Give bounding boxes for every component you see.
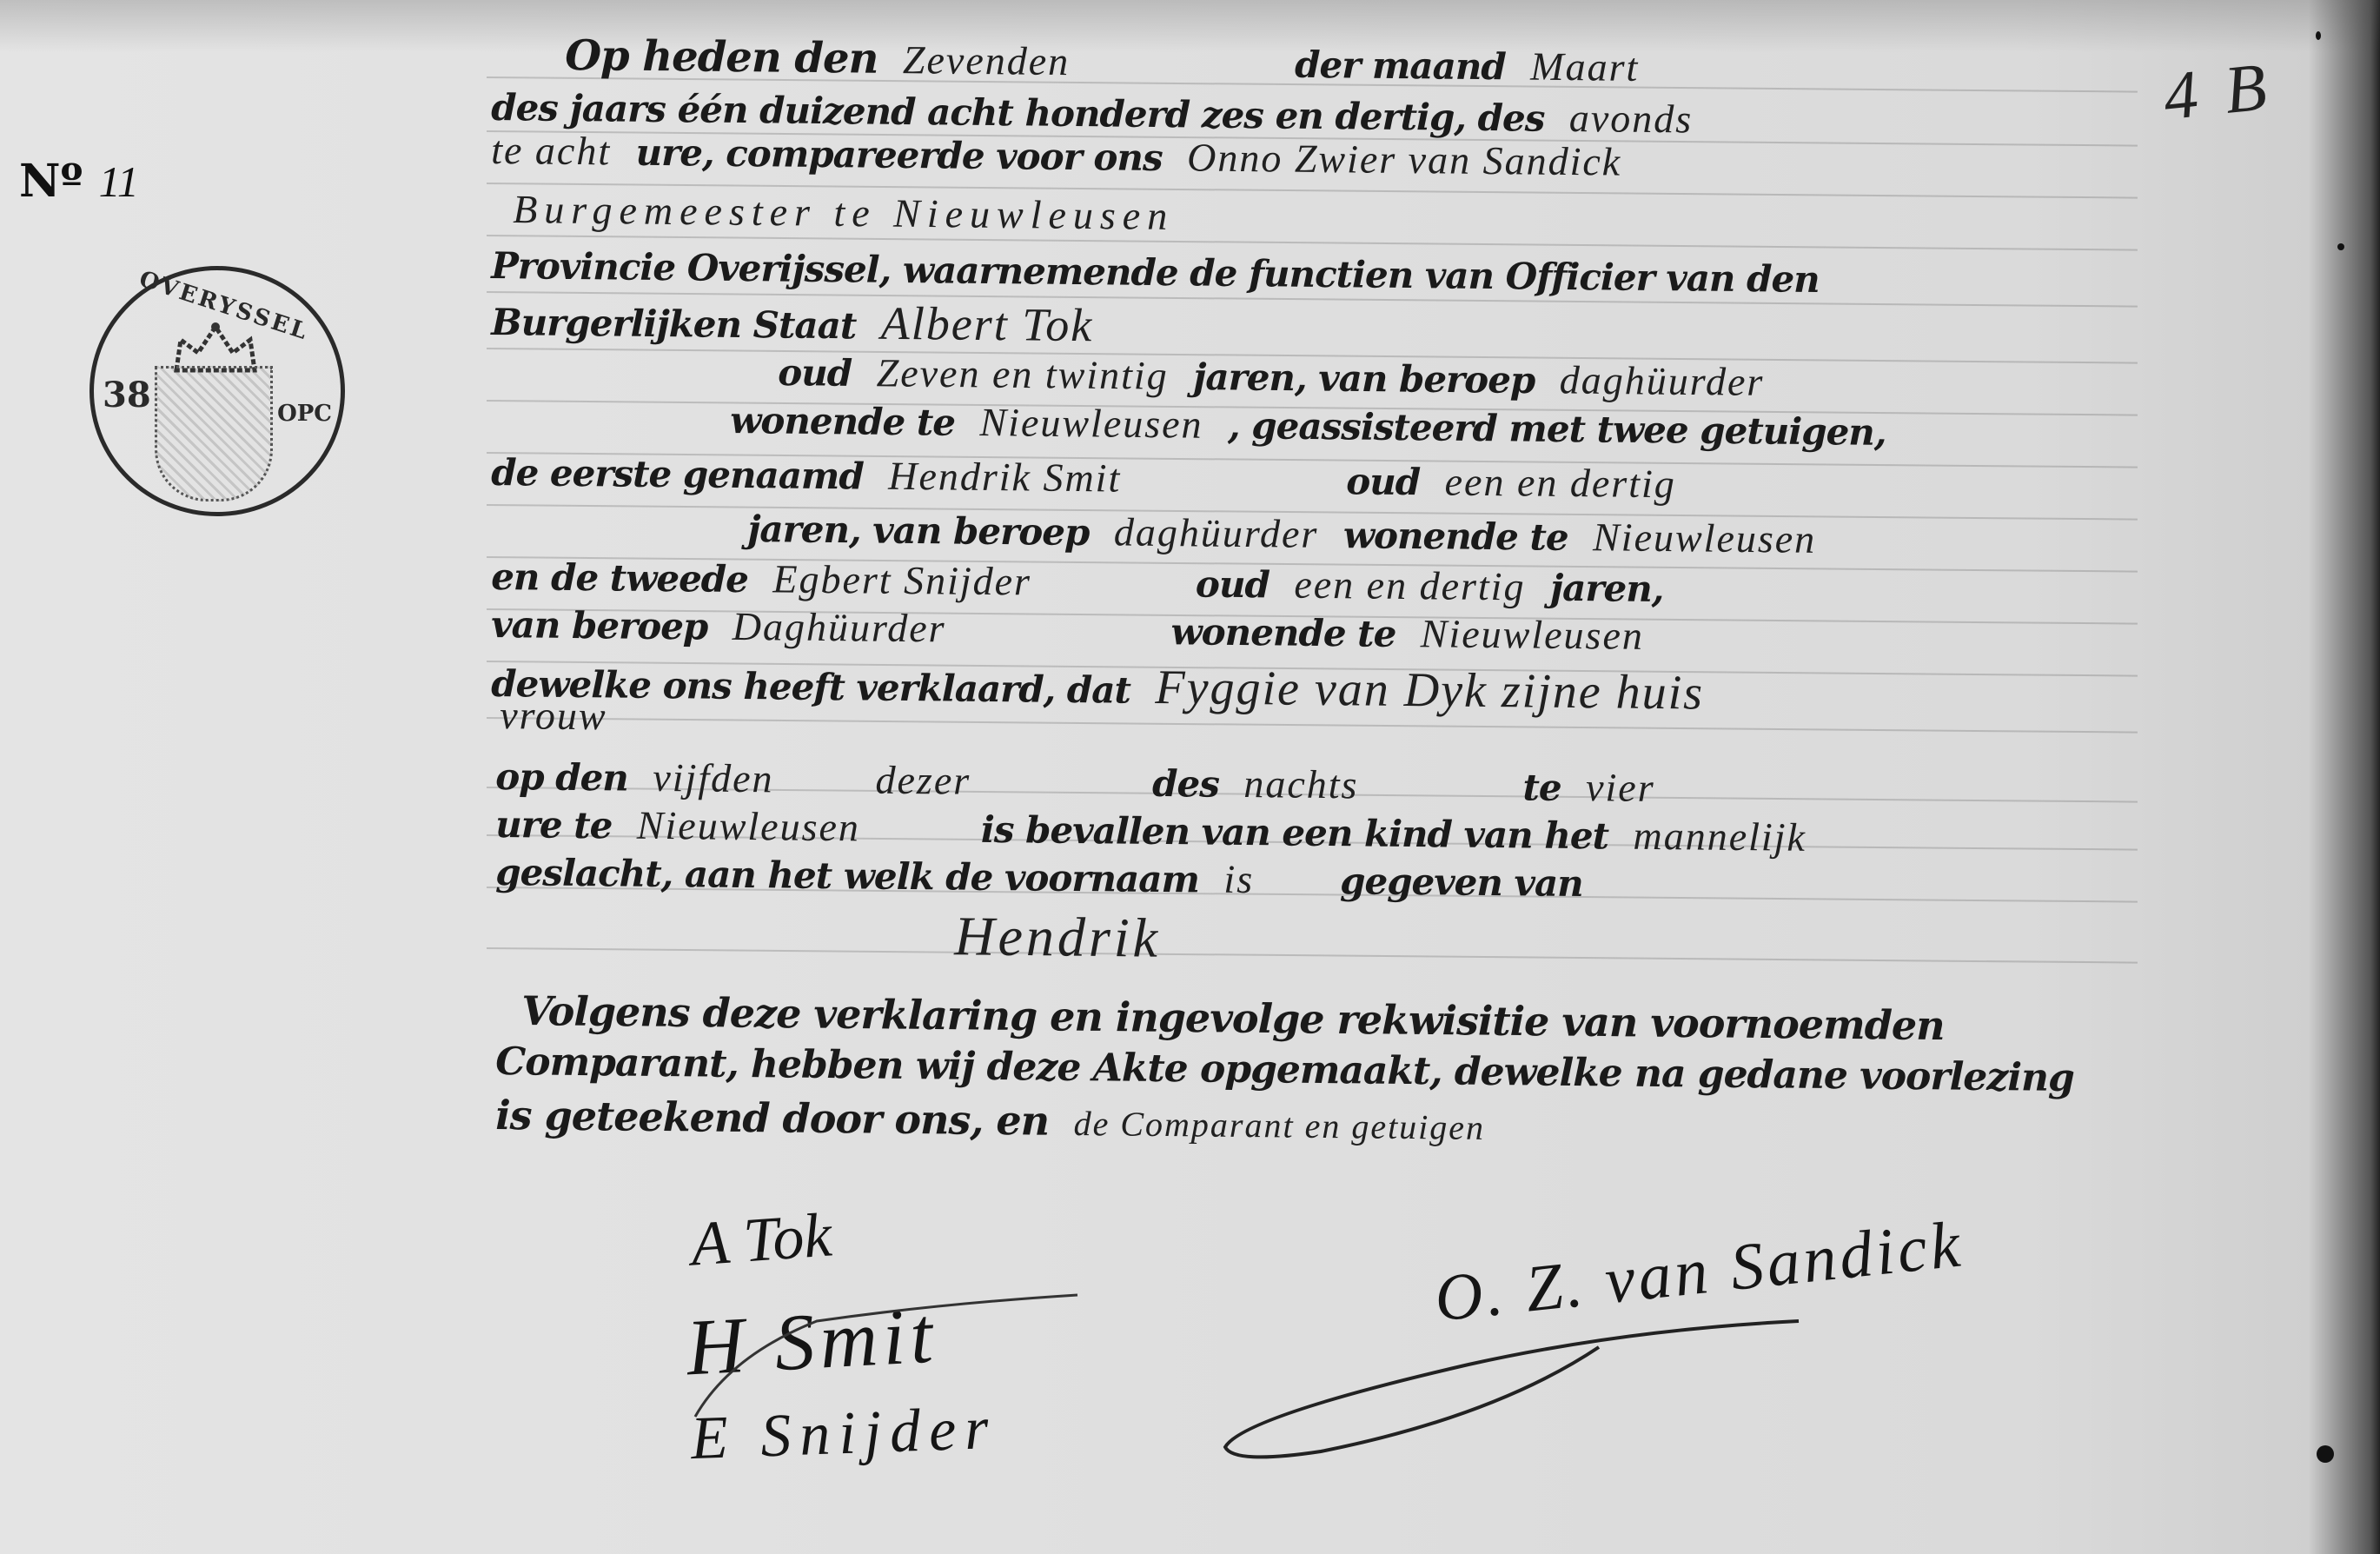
record-line: van beroep Daghüurder wonende te Nieuwle… <box>491 604 1660 656</box>
printed-text: wonende te <box>730 399 955 444</box>
handwritten-time-of-day: avonds <box>1569 96 1694 141</box>
printed-text: Comparant, hebben wij deze Akte opgemaak… <box>495 1039 2074 1100</box>
printed-text: de eerste genaamd <box>491 451 864 497</box>
printed-text: oud <box>778 351 852 395</box>
printed-text: jaren, van beroep <box>1193 355 1535 402</box>
record-line: vrouw <box>491 695 623 737</box>
printed-text: ure te <box>495 803 613 847</box>
record-line: dewelke ons heeft verklaard, dat Fyggie … <box>491 656 1720 718</box>
handwritten-day: Zevenden <box>903 37 1071 83</box>
handwritten-signers-note: de Comparant en getuigen <box>1073 1104 1485 1147</box>
printed-text: wonende te <box>1343 514 1568 559</box>
record-number-label: Nº <box>19 155 83 208</box>
printed-text: gegeven van <box>1340 860 1583 905</box>
printed-text: jaren, van beroep <box>747 508 1090 554</box>
handwritten-birth-time-of-day: nachts <box>1243 761 1359 807</box>
printed-text: der maand <box>1295 43 1506 89</box>
handwritten-mother-relation: vrouw <box>500 693 607 738</box>
handwritten-father-residence: Nieuwleusen <box>979 400 1203 447</box>
record-line: Comparant, hebben wij deze Akte opgemaak… <box>495 1043 2074 1098</box>
handwritten-birth-hour: vier <box>1586 765 1655 810</box>
record-line: is geteekend door ons, en de Comparant e… <box>495 1095 1501 1146</box>
record-line: jaren, van beroep daghüurder wonende te … <box>747 508 1832 560</box>
record-line: Burgerlijken Staat Albert Tok <box>491 296 1110 349</box>
handwritten-witness2-name: Egbert Snijder <box>772 556 1031 603</box>
stamp-number-text: 38 <box>103 375 151 415</box>
record-line: Hendrik <box>938 908 1177 966</box>
handwritten-month: Maart <box>1530 44 1640 90</box>
handwritten-official-name: Onno Zwier van Sandick <box>1187 135 1622 183</box>
printed-text: Volgens deze verklaring en ingevolge rek… <box>521 987 1945 1049</box>
handwritten-mother-name: Fyggie van Dyk zijne huis <box>1155 661 1704 721</box>
ruled-line <box>487 717 2138 734</box>
printed-text: ure, compareerde voor ons <box>635 131 1163 179</box>
printed-text: te <box>1522 766 1561 808</box>
printed-text: Burgerlijken Staat <box>491 301 857 347</box>
handwritten-official-title: Burgemeester te Nieuwleusen <box>513 187 1175 238</box>
ink-speck <box>2337 243 2344 250</box>
printed-text: is bevallen van een kind van het <box>981 808 1609 858</box>
handwritten-witness1-age: een en dertig <box>1444 459 1676 506</box>
handwritten-birth-place: Nieuwleusen <box>637 803 861 850</box>
record-line: op den vijfden dezer des nachts te vier <box>495 756 1671 808</box>
record-line: geslacht, aan het welk de voornaam is ge… <box>495 852 1583 903</box>
printed-text: wonende te <box>1170 610 1396 655</box>
ink-speck <box>2316 31 2321 40</box>
record-line: ure te Nieuwleusen is bevallen van een k… <box>495 804 1822 858</box>
printed-text: van beroep <box>491 603 708 648</box>
ruled-line <box>487 947 2138 964</box>
printed-text: Op heden den <box>565 31 878 83</box>
handwritten-father-occupation: daghüurder <box>1560 357 1765 403</box>
handwritten-witness1-occupation: daghüurder <box>1114 509 1319 555</box>
handwritten-text: is <box>1223 857 1254 901</box>
ink-speck <box>2317 1445 2334 1463</box>
overijssel-stamp: OVERYSSEL 38 OPC <box>89 266 345 516</box>
printed-text: op den <box>495 755 628 800</box>
handwritten-child-sex: mannelijk <box>1633 814 1807 860</box>
record-line: en de tweede Egbert Snijder oud een en d… <box>491 556 1664 608</box>
handwritten-hour: te acht <box>491 128 611 173</box>
handwritten-child-name: Hendrik <box>954 905 1161 968</box>
record-line: Provincie Overijssel, waarnemende de fun… <box>491 248 1820 299</box>
record-number: Nº 11 <box>19 155 139 208</box>
record-line: de eerste genaamd Hendrik Smit oud een e… <box>491 452 1692 504</box>
signature-flourish-icon <box>678 1286 1095 1425</box>
shield-icon <box>155 366 273 501</box>
printed-text: des <box>1152 762 1219 806</box>
record-line: Op heden den Zevenden der maand Maart <box>565 35 1655 88</box>
record-line: te acht ure, compareerde voor ons Onno Z… <box>491 130 1637 183</box>
record-line: Burgemeester te Nieuwleusen <box>513 189 1190 236</box>
printed-text: oud <box>1196 562 1270 606</box>
printed-text: en de tweede <box>491 555 748 601</box>
signature-father: A Tok <box>688 1199 833 1280</box>
handwritten-birth-day: vijfden <box>653 755 774 800</box>
printed-text: geslacht, aan het welk de voornaam <box>495 851 1199 900</box>
corner-annotation: 4 B <box>2160 47 2276 136</box>
printed-text: jaren, <box>1550 567 1664 610</box>
record-line: Volgens deze verklaring en ingevolge rek… <box>521 991 1945 1046</box>
handwritten-birth-month: dezer <box>875 758 971 803</box>
record-line: oud Zeven en twintig jaren, van beroep d… <box>778 352 1780 402</box>
handwritten-witness2-age: een en dertig <box>1294 562 1526 609</box>
printed-text: oud <box>1346 460 1420 503</box>
handwritten-witness2-residence: Nieuwleusen <box>1421 611 1645 658</box>
stamp-code-text: OPC <box>277 401 332 427</box>
handwritten-witness1-name: Hendrik Smit <box>888 454 1122 501</box>
signature-flourish-icon <box>1190 1295 1903 1469</box>
printed-text: is geteekend door ons, en <box>495 1092 1049 1145</box>
record-number-value: 11 <box>99 157 139 206</box>
handwritten-father-age: Zeven en twintig <box>876 350 1169 398</box>
handwritten-witness2-occupation: Daghüurder <box>733 604 946 651</box>
handwritten-father-name: Albert Tok <box>880 297 1093 352</box>
record-line: wonende te Nieuwleusen , geassisteerd me… <box>730 400 1886 452</box>
document-page: Nº 11 OVERYSSEL 38 OPC 4 B Op heden den … <box>0 0 2380 1554</box>
handwritten-witness1-residence: Nieuwleusen <box>1593 515 1817 561</box>
printed-text: , geassisteerd met twee getuigen, <box>1228 404 1886 454</box>
